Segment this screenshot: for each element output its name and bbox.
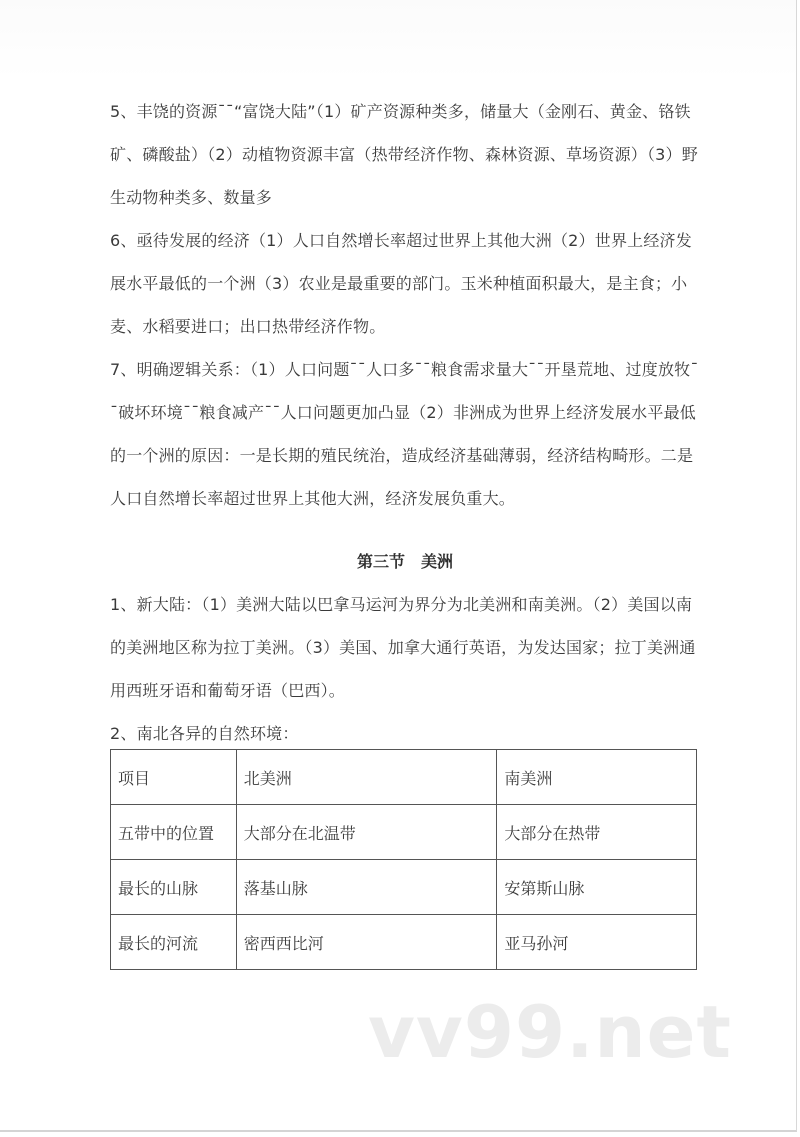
table-cell: 大部分在北温带 (236, 805, 497, 860)
table-cell: 最长的山脉 (111, 860, 237, 915)
table-cell: 五带中的位置 (111, 805, 237, 860)
section-body: 1、新大陆：（1）美洲大陆以巴拿马运河为界分为北美洲和南美洲。（2）美国以南的美… (110, 583, 700, 755)
table-header-cell: 项目 (111, 750, 237, 805)
paragraph-1-new-continent: 1、新大陆：（1）美洲大陆以巴拿马运河为界分为北美洲和南美洲。（2）美国以南的美… (110, 583, 700, 712)
table-row: 五带中的位置 大部分在北温带 大部分在热带 (111, 805, 697, 860)
document-page: 5、丰饶的资源¯¯“富饶大陆”（1）矿产资源种类多，储量大（金刚石、黄金、铬铁矿… (0, 0, 797, 1132)
table-header-cell: 北美洲 (236, 750, 497, 805)
table-cell: 最长的河流 (111, 915, 237, 970)
paragraph-5-resources: 5、丰饶的资源¯¯“富饶大陆”（1）矿产资源种类多，储量大（金刚石、黄金、铬铁矿… (110, 90, 700, 219)
table-cell: 大部分在热带 (497, 805, 697, 860)
environment-comparison-table: 项目 北美洲 南美洲 五带中的位置 大部分在北温带 大部分在热带 最长的山脉 落… (110, 749, 697, 970)
table-row: 最长的山脉 落基山脉 安第斯山脉 (111, 860, 697, 915)
section-title: 第三节 美洲 (110, 540, 700, 583)
paragraph-7-logic: 7、明确逻辑关系：（1）人口问题¯¯人口多¯¯粮食需求量大¯¯开垦荒地、过度放牧… (110, 348, 700, 520)
table-header-cell: 南美洲 (497, 750, 697, 805)
table-header-row: 项目 北美洲 南美洲 (111, 750, 697, 805)
table-cell: 落基山脉 (236, 860, 497, 915)
table-row: 最长的河流 密西西比河 亚马孙河 (111, 915, 697, 970)
table-cell: 亚马孙河 (497, 915, 697, 970)
document-content: 5、丰饶的资源¯¯“富饶大陆”（1）矿产资源种类多，储量大（金刚石、黄金、铬铁矿… (110, 90, 700, 520)
paragraph-6-economy: 6、亟待发展的经济（1）人口自然增长率超过世界上其他大洲（2）世界上经济发展水平… (110, 219, 700, 348)
table-cell: 密西西比河 (236, 915, 497, 970)
watermark: vv99.net (368, 990, 732, 1074)
table-cell: 安第斯山脉 (497, 860, 697, 915)
